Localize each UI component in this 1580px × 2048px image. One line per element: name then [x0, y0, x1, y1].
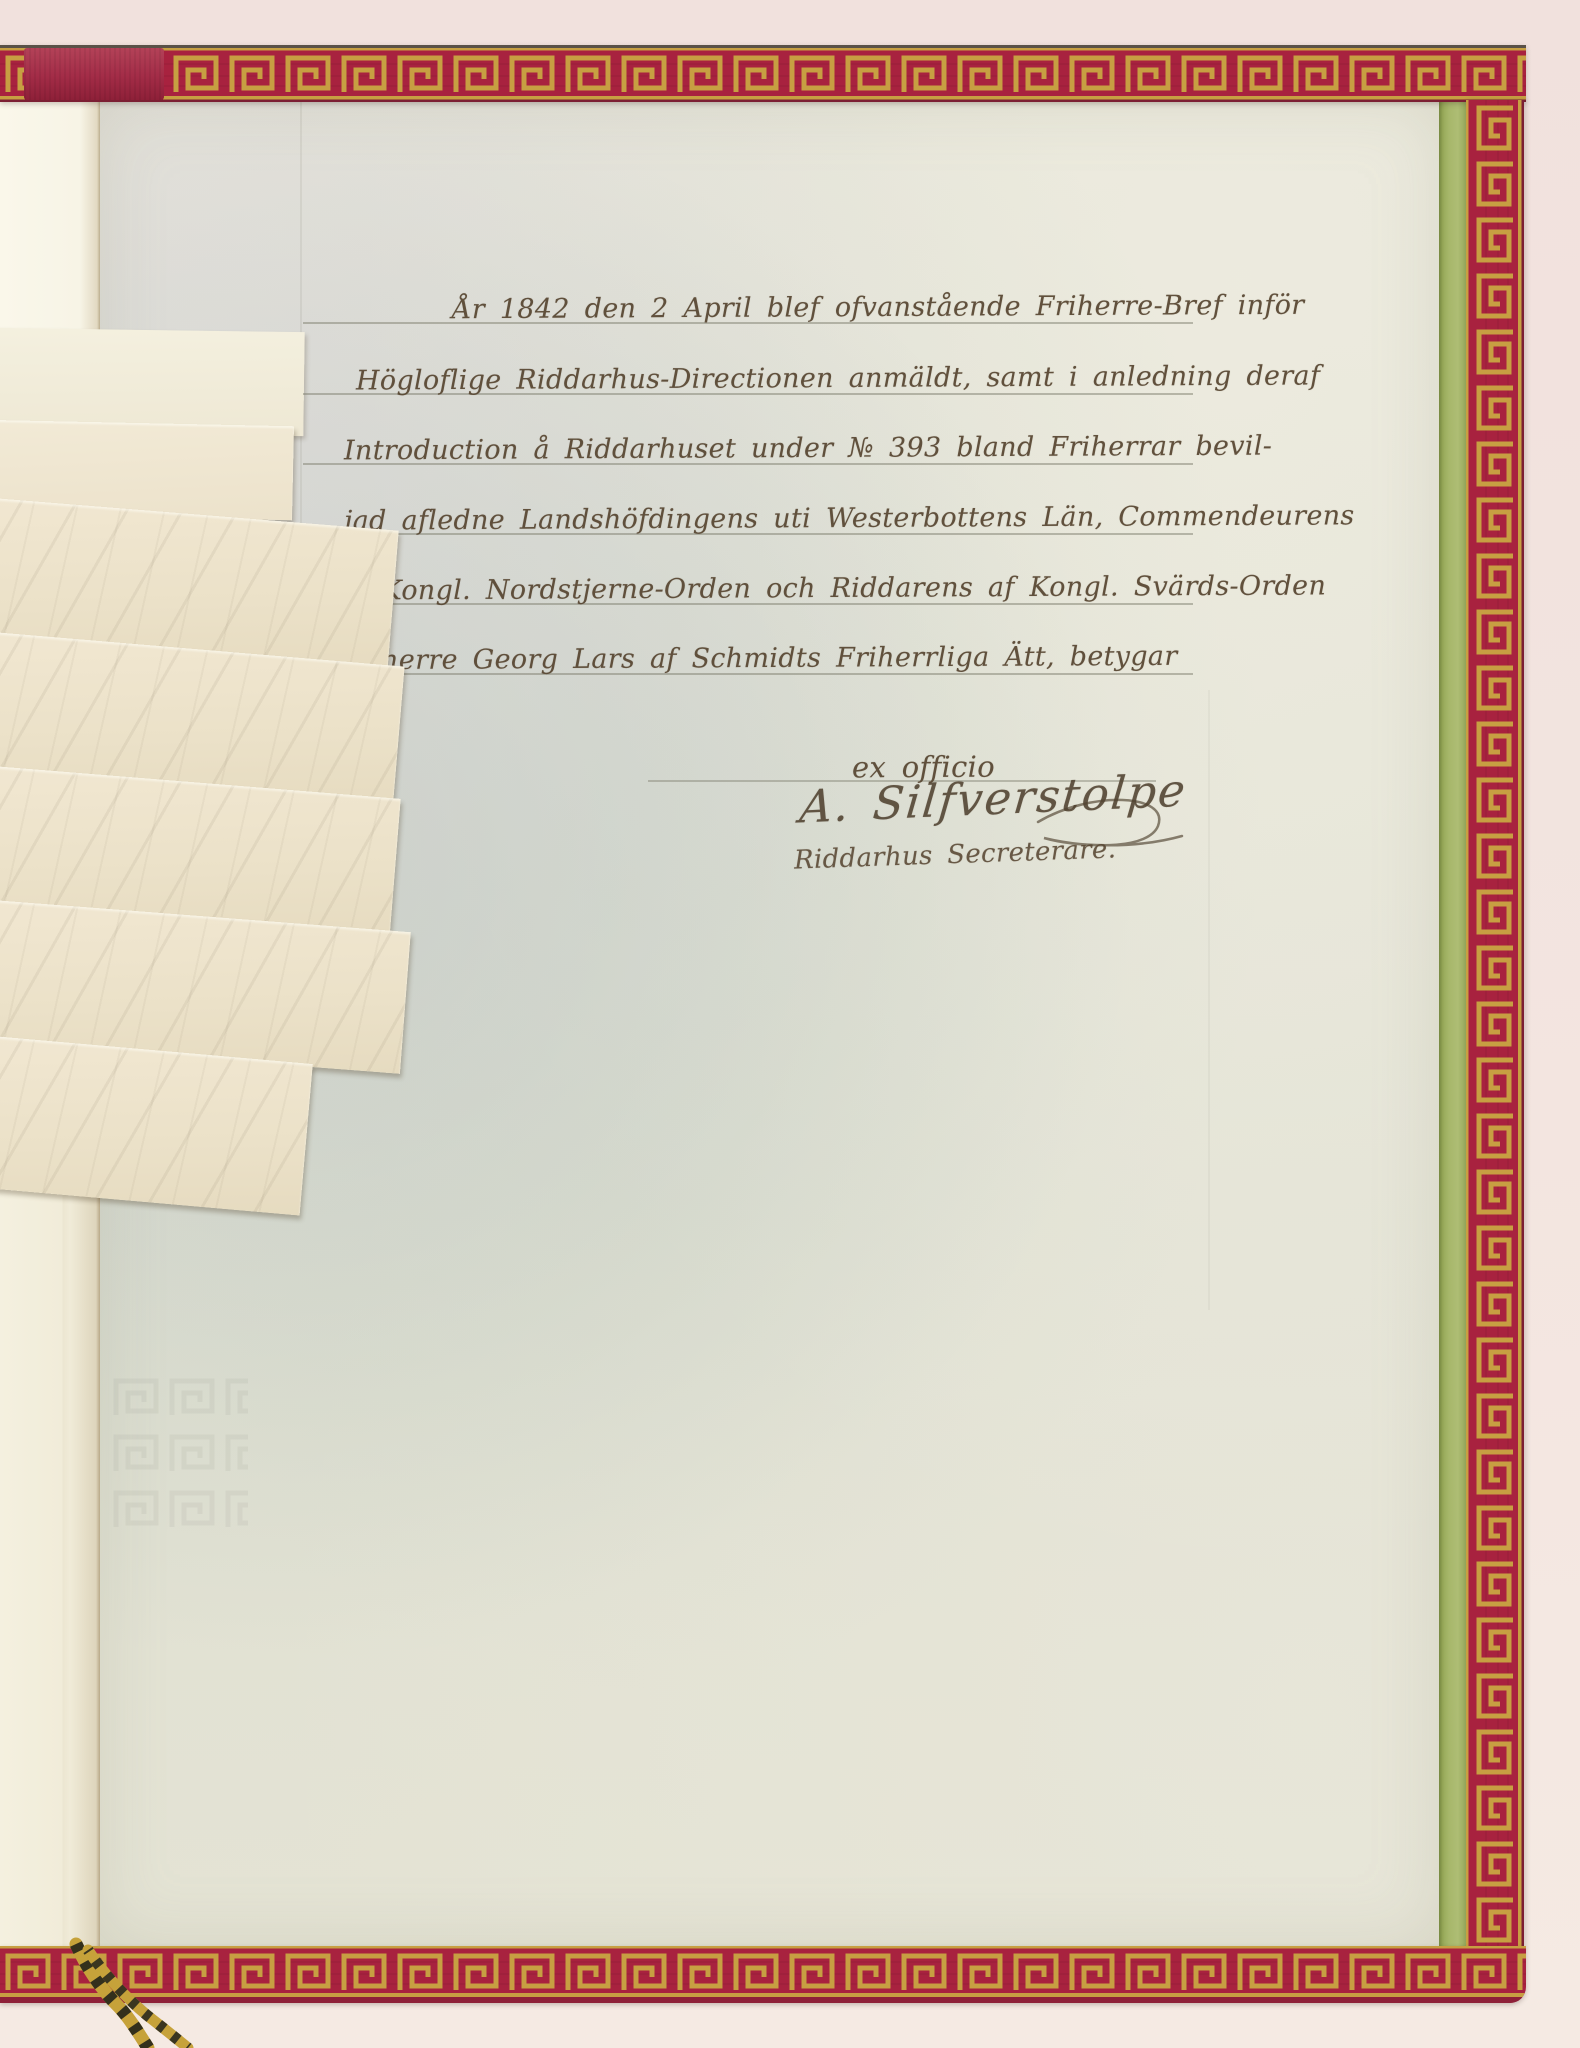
note-line-5: af Kongl. Nordstjerne-Orden och Riddaren… [340, 570, 1326, 606]
meander-showthrough [108, 1368, 248, 1538]
left-page-top-sheet [0, 100, 100, 332]
note-line-6: Friherre Georg Lars af Schmidts Friherrl… [340, 641, 1178, 676]
note-line-4: jad afledne Landshöfdingens uti Westerbo… [344, 500, 1355, 536]
note-line-3: Introduction å Riddarhuset under № 393 b… [344, 431, 1272, 467]
scanned-book-page: År 1842 den 2 April blef ofvanstående Fr… [0, 0, 1580, 2048]
greek-key-border-right [1466, 100, 1524, 1948]
note-line-1: År 1842 den 2 April blef ofvanstående Fr… [452, 290, 1305, 325]
parchment-crease [1208, 690, 1210, 1310]
greek-key-border-top [0, 45, 1526, 102]
green-ribbon-strip [1439, 100, 1468, 1948]
binding-cord [30, 1936, 270, 2048]
worn-leather-patch [24, 48, 164, 100]
note-line-2: Högloflige Riddarhus-Directionen anmäldt… [356, 360, 1320, 396]
inserted-sheet-top [0, 328, 305, 436]
parchment-crease [300, 102, 302, 532]
inserted-sheet [0, 1036, 313, 1215]
